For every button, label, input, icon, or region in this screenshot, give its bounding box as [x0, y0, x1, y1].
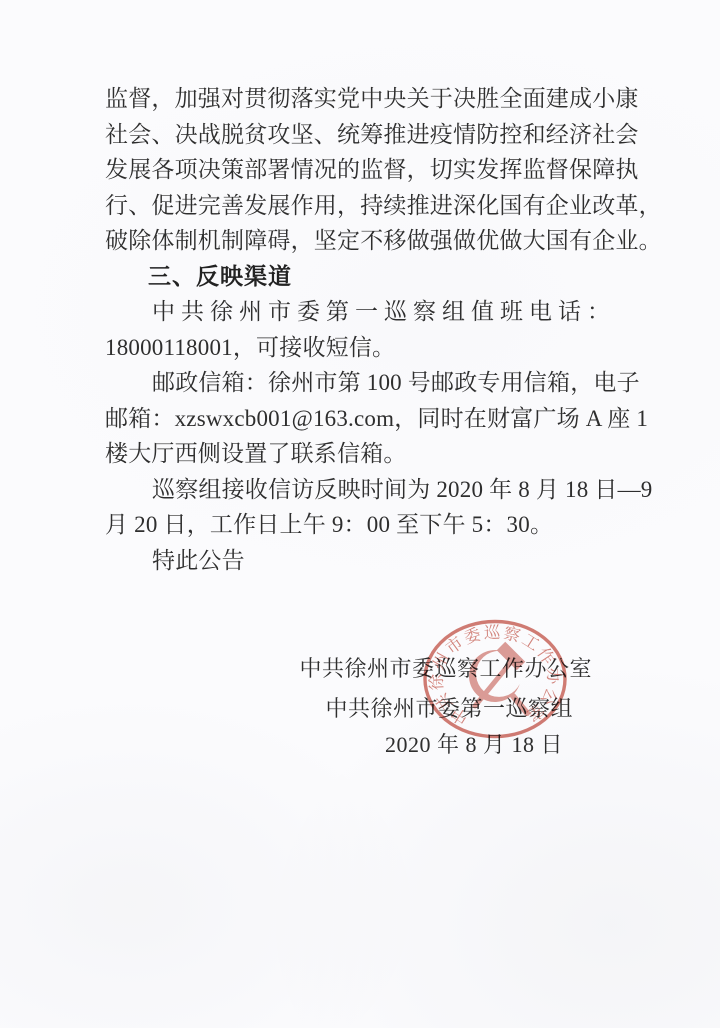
- body-line: 发展各项决策部署情况的监督，切实发挥监督保障执: [105, 152, 640, 188]
- hammer-sickle-icon: [462, 643, 528, 713]
- paragraph-supervision: 监督，加强对贯彻落实党中央关于决胜全面建成小康社会、决战脱贫攻坚、统筹推进疫情防…: [105, 81, 640, 259]
- section-heading: 三、反映渠道: [105, 259, 640, 295]
- paragraph-phone: 中共徐州市委第一巡察组值班电话： 18000118001，可接收短信。: [105, 294, 640, 365]
- body-line: 行、促进完善发展作用，持续推进深化国有企业改革，: [105, 188, 640, 224]
- scanned-notice-page: 监督，加强对贯彻落实党中央关于决胜全面建成小康社会、决战脱贫攻坚、统筹推进疫情防…: [0, 0, 720, 1028]
- body-line: 中共徐州市委第一巡察组值班电话：: [105, 294, 640, 330]
- body-line: 楼大厅西侧设置了联系信箱。: [105, 436, 640, 472]
- body-line: 监督，加强对贯彻落实党中央关于决胜全面建成小康: [105, 81, 640, 117]
- document-body: 监督，加强对贯彻落实党中央关于决胜全面建成小康社会、决战脱贫攻坚、统筹推进疫情防…: [105, 81, 640, 578]
- body-line: 巡察组接收信访反映时间为 2020 年 8 月 18 日—9: [105, 472, 640, 508]
- body-line: 18000118001，可接收短信。: [105, 330, 640, 366]
- body-line: 月 20 日，工作日上午 9：00 至下午 5：30。: [105, 507, 640, 543]
- closing-line: 特此公告: [105, 543, 640, 579]
- official-seal: 中共徐州市委巡察工作办公室: [411, 606, 579, 752]
- paragraph-time: 巡察组接收信访反映时间为 2020 年 8 月 18 日—9月 20 日，工作日…: [105, 472, 640, 543]
- paragraph-mailbox: 邮政信箱：徐州市第 100 号邮政专用信箱，电子邮箱：xzswxcb001@16…: [105, 365, 640, 472]
- body-line: 邮政信箱：徐州市第 100 号邮政专用信箱，电子: [105, 365, 640, 401]
- body-line: 破除体制机制障碍，坚定不移做强做优做大国有企业。: [105, 223, 640, 259]
- body-line: 社会、决战脱贫攻坚、统筹推进疫情防控和经济社会: [105, 117, 640, 153]
- body-line: 邮箱：xzswxcb001@163.com，同时在财富广场 A 座 1: [105, 401, 640, 437]
